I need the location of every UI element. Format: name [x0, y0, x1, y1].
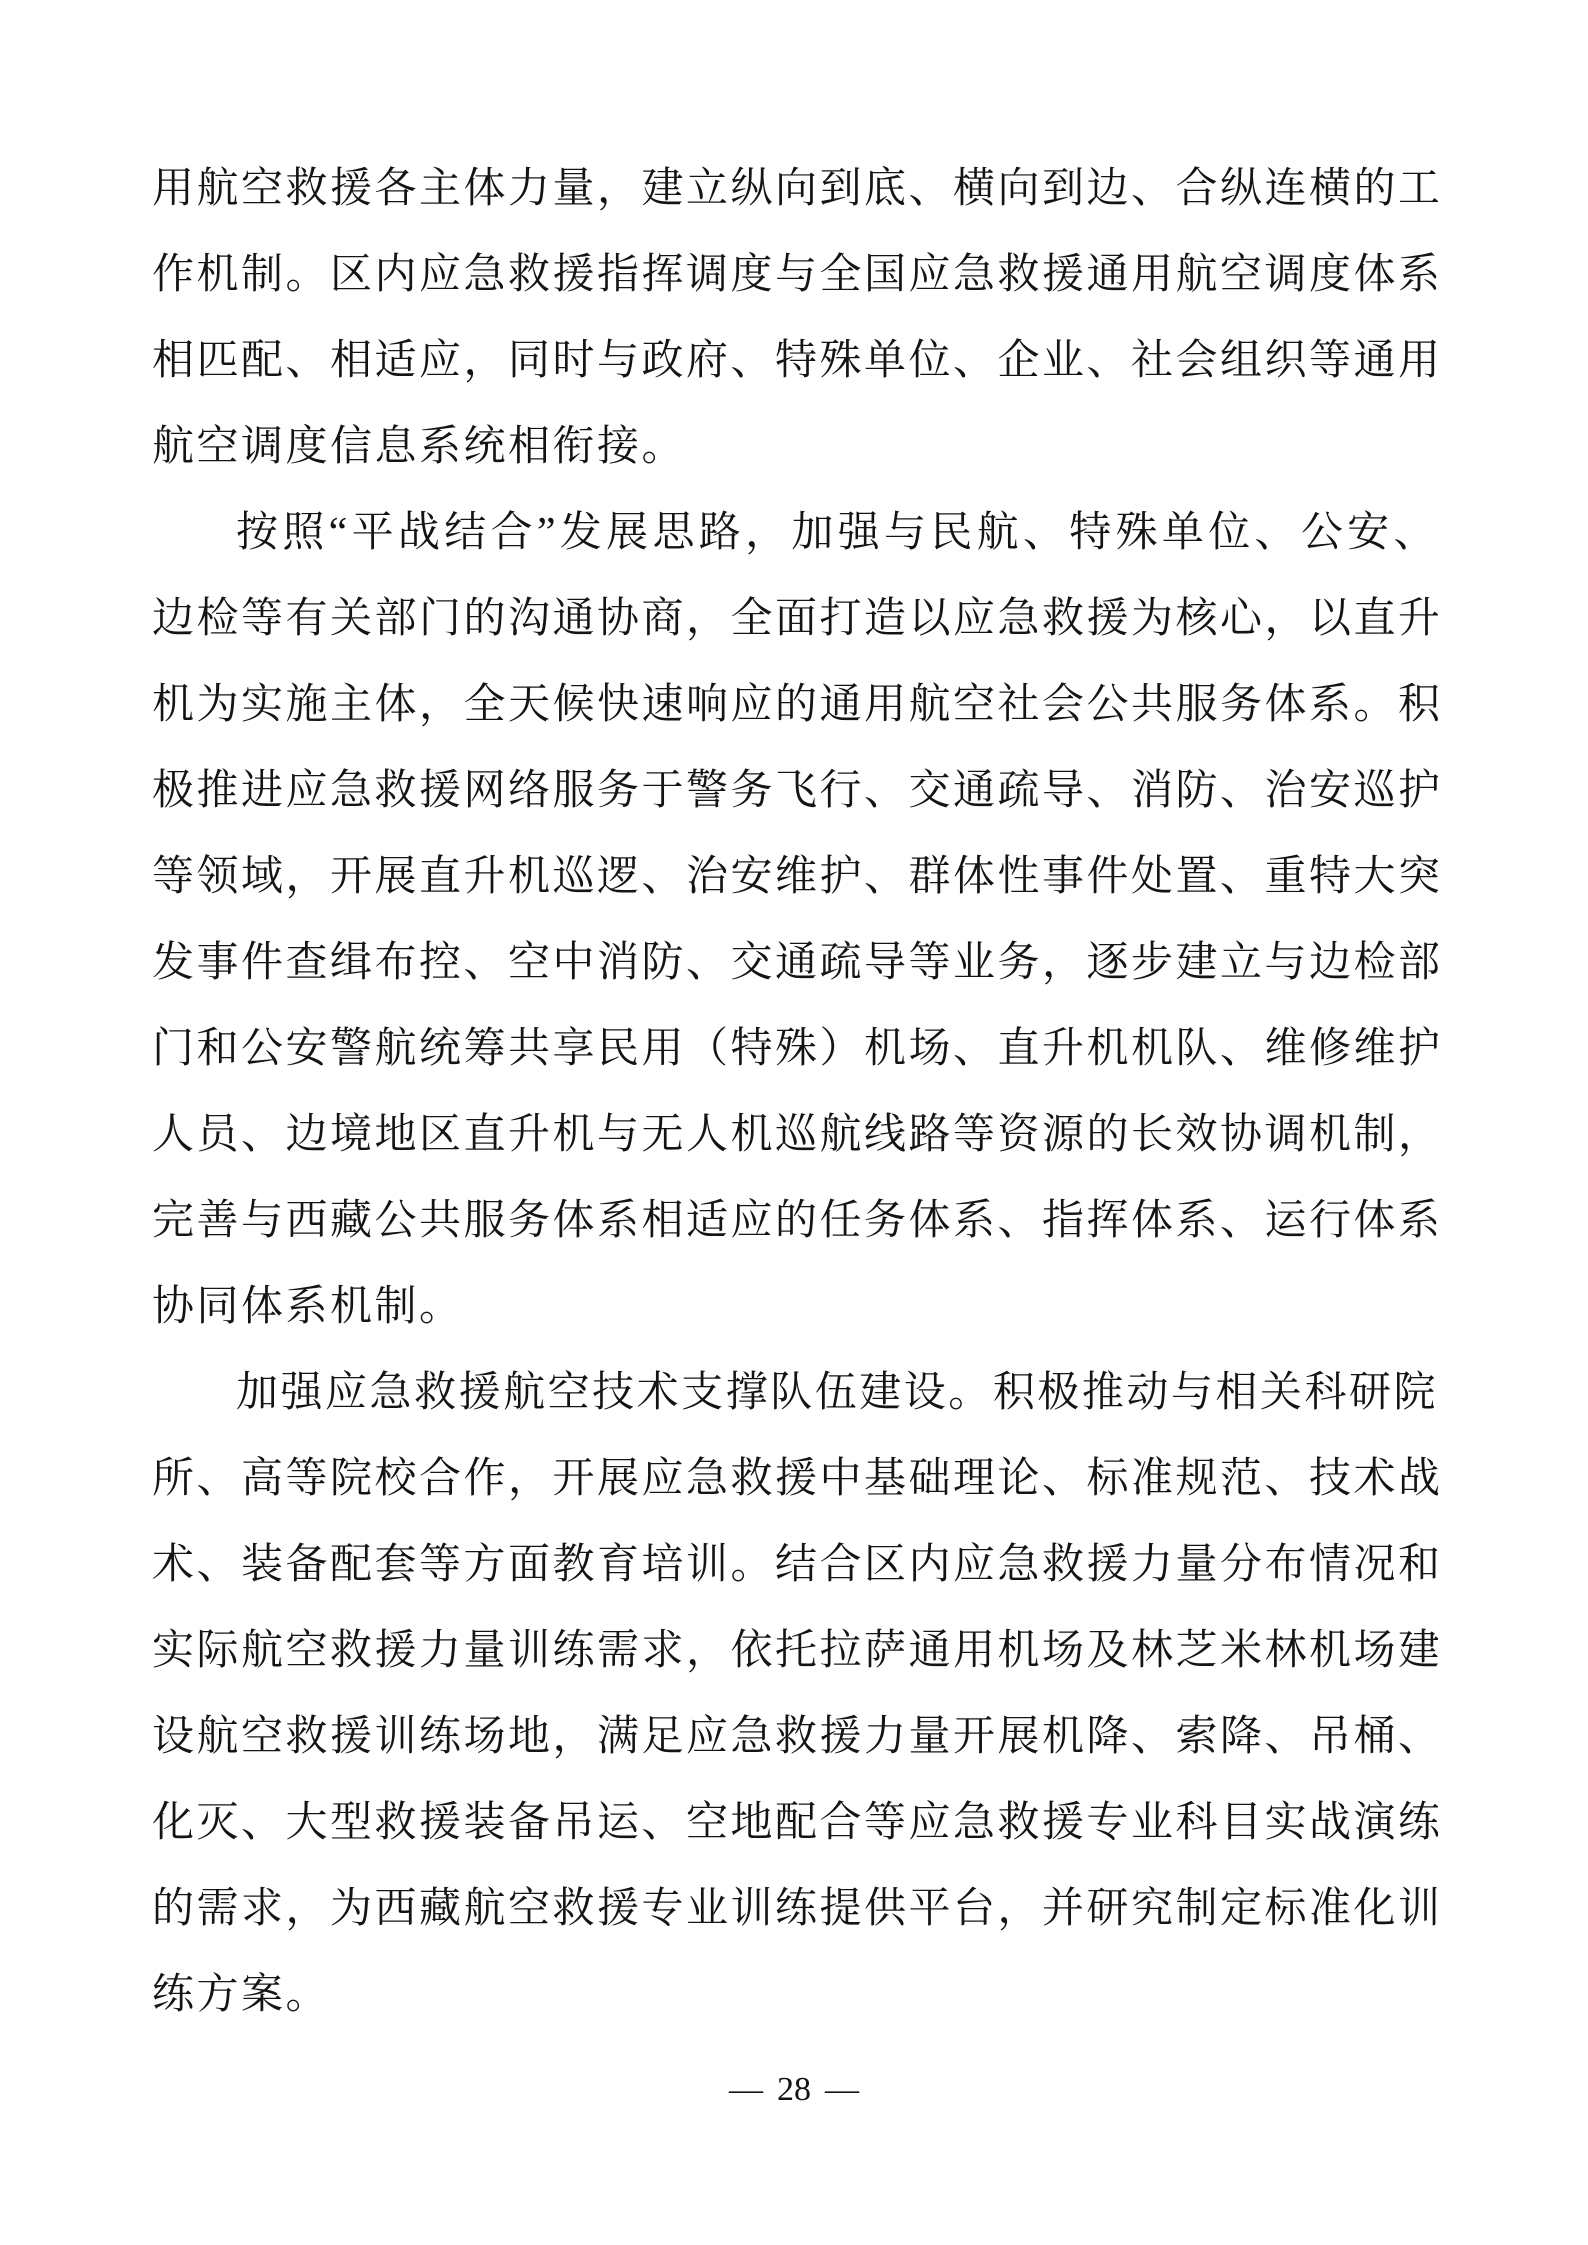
text-line: 协同体系机制。 [152, 1264, 1438, 1350]
text-line: 机为实施主体，全天候快速响应的通用航空社会公共服务体系。积 [152, 662, 1438, 748]
text-line: 发事件查缉布控、空中消防、交通疏导等业务，逐步建立与边检部 [152, 920, 1438, 1006]
text-line: 的需求，为西藏航空救援专业训练提供平台，并研究制定标准化训 [152, 1866, 1438, 1952]
text-line: 完善与西藏公共服务体系相适应的任务体系、指挥体系、运行体系、 [152, 1178, 1438, 1264]
document-page: 用航空救援各主体力量，建立纵向到底、横向到边、合纵连横的工 作机制。区内应急救援… [0, 0, 1588, 2245]
footer-right-dash: — [825, 2068, 859, 2112]
text-line: 加强应急救援航空技术支撑队伍建设。积极推动与相关科研院 [152, 1350, 1438, 1436]
paragraph-1: 用航空救援各主体力量，建立纵向到底、横向到边、合纵连横的工 作机制。区内应急救援… [152, 146, 1438, 490]
document-body: 用航空救援各主体力量，建立纵向到底、横向到边、合纵连横的工 作机制。区内应急救援… [152, 146, 1438, 2038]
text-line: 化灭、大型救援装备吊运、空地配合等应急救援专业科目实战演练 [152, 1780, 1438, 1866]
text-line: 人员、边境地区直升机与无人机巡航线路等资源的长效协调机制， [152, 1092, 1438, 1178]
text-line: 相匹配、相适应，同时与政府、特殊单位、企业、社会组织等通用 [152, 318, 1438, 404]
text-line: 按照“平战结合”发展思路，加强与民航、特殊单位、公安、 [152, 490, 1438, 576]
text-line: 所、高等院校合作，开展应急救援中基础理论、标准规范、技术战 [152, 1436, 1438, 1522]
text-line: 设航空救援训练场地，满足应急救援力量开展机降、索降、吊桶、 [152, 1694, 1438, 1780]
paragraph-3: 加强应急救援航空技术支撑队伍建设。积极推动与相关科研院 所、高等院校合作，开展应… [152, 1350, 1438, 2038]
text-line: 术、装备配套等方面教育培训。结合区内应急救援力量分布情况和 [152, 1522, 1438, 1608]
paragraph-2: 按照“平战结合”发展思路，加强与民航、特殊单位、公安、 边检等有关部门的沟通协商… [152, 490, 1438, 1350]
text-line: 等领域，开展直升机巡逻、治安维护、群体性事件处置、重特大突 [152, 834, 1438, 920]
footer-left-dash: — [729, 2068, 763, 2112]
page-footer: —28— [0, 2068, 1588, 2112]
text-line: 作机制。区内应急救援指挥调度与全国应急救援通用航空调度体系 [152, 232, 1438, 318]
text-line: 实际航空救援力量训练需求，依托拉萨通用机场及林芝米林机场建 [152, 1608, 1438, 1694]
text-line: 门和公安警航统筹共享民用（特殊）机场、直升机机队、维修维护 [152, 1006, 1438, 1092]
text-line: 极推进应急救援网络服务于警务飞行、交通疏导、消防、治安巡护 [152, 748, 1438, 834]
text-line: 用航空救援各主体力量，建立纵向到底、横向到边、合纵连横的工 [152, 146, 1438, 232]
text-line: 边检等有关部门的沟通协商，全面打造以应急救援为核心，以直升 [152, 576, 1438, 662]
page-number: 28 [777, 2071, 811, 2108]
text-line: 航空调度信息系统相衔接。 [152, 404, 1438, 490]
text-line: 练方案。 [152, 1952, 1438, 2038]
